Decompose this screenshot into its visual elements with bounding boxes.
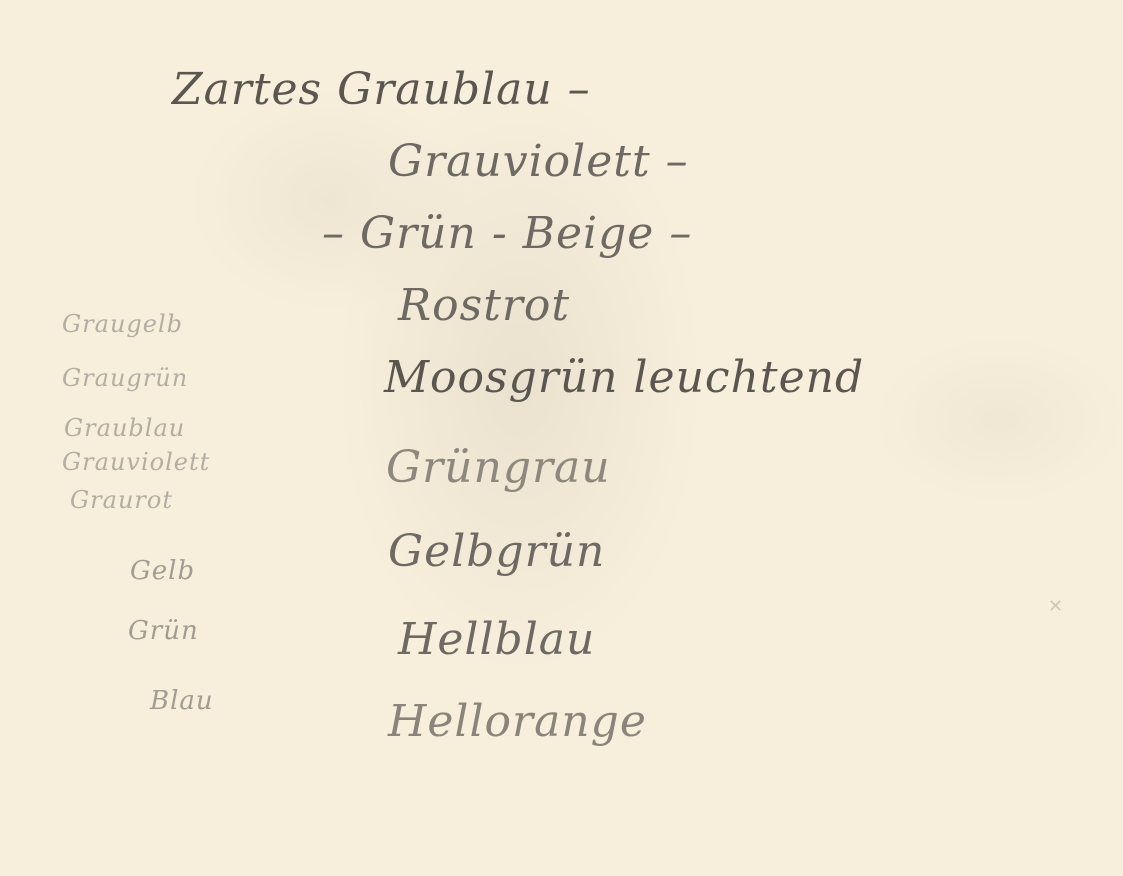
- line-gelbgruen: Gelbgrün: [388, 530, 605, 574]
- line-hellblau: Hellblau: [398, 618, 595, 662]
- side-graublau: Graublau: [64, 416, 185, 440]
- side-graurot: Graurot: [70, 488, 173, 512]
- line-rostrot: Rostrot: [398, 284, 570, 328]
- pencil-mark: ✕: [1048, 596, 1078, 616]
- side-blau: Blau: [150, 688, 214, 714]
- line-zartes-graublau: Zartes Graublau –: [172, 68, 591, 112]
- line-gruen-beige: – Grün - Beige –: [322, 212, 692, 256]
- side-gelb: Gelb: [130, 558, 195, 584]
- line-hellorange: Hellorange: [388, 700, 647, 744]
- line-gruengrau: Grüngrau: [386, 446, 611, 490]
- line-grauviolett: Grauviolett –: [388, 140, 689, 184]
- side-grauviolett: Grauviolett: [62, 450, 210, 474]
- line-moosgruen-leuchtend: Moosgrün leuchtend: [384, 356, 864, 400]
- side-graugelb: Graugelb: [62, 312, 183, 336]
- side-gruen: Grün: [128, 618, 199, 644]
- side-graugruen: Graugrün: [62, 366, 188, 390]
